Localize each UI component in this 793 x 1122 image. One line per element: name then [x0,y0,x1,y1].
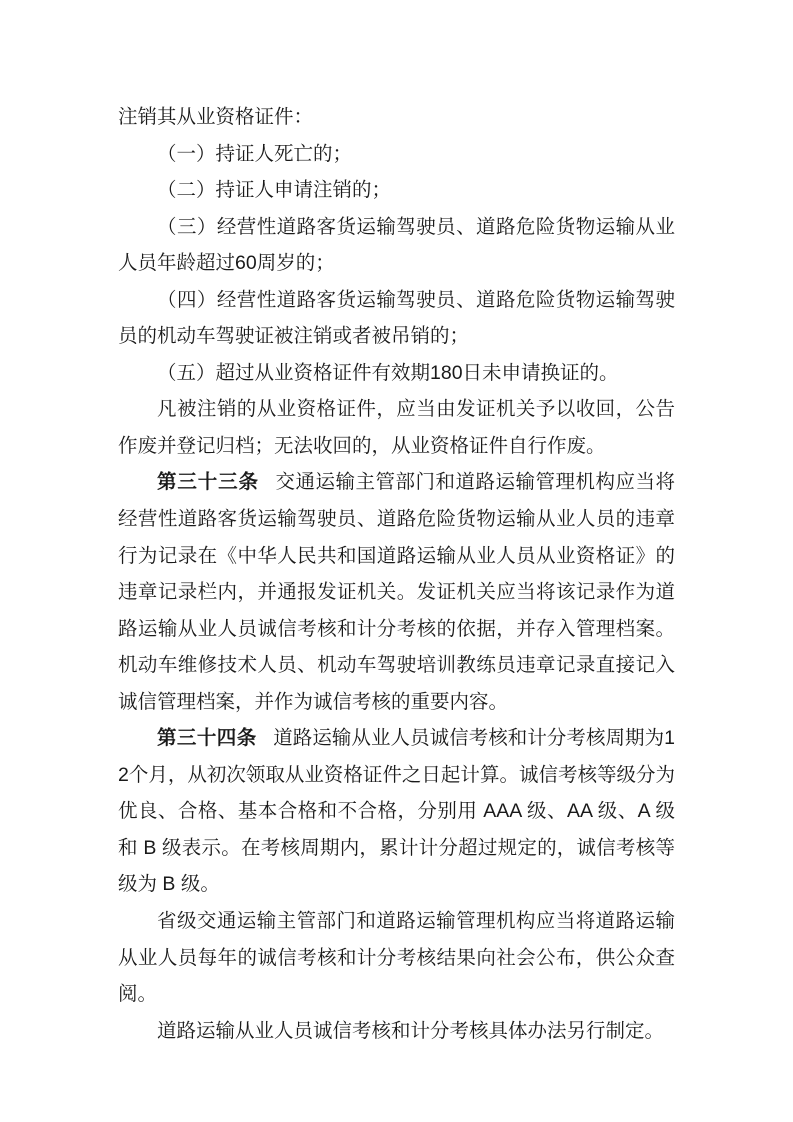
list-item-4: （四）经营性道路客货运输驾驶员、道路危险货物运输驾驶员的机动车驾驶证被注销或者被… [118,282,675,355]
paragraph-revocation: 凡被注销的从业资格证件，应当由发证机关予以收回，公告作废并登记归档；无法收回的，… [118,391,675,464]
document-body: 注销其从业资格证件：（一）持证人死亡的；（二）持证人申请注销的；（三）经营性道路… [118,99,675,1049]
paragraph-text: （二）持证人申请注销的； [157,179,391,201]
paragraph-measures: 道路运输从业人员诚信考核和计分考核具体办法另行制定。 [118,1013,675,1050]
list-item-3: （三）经营性道路客货运输驾驶员、道路危险货物运输从业人员年龄超过60周岁的； [118,209,675,282]
article-number: 第三十四条 [157,727,257,749]
paragraph-text: （五）超过从业资格证件有效期180日未申请换证的。 [157,362,619,384]
paragraph-text: 省级交通运输主管部门和道路运输管理机构应当将道路运输从业人员每年的诚信考核和计分… [118,910,675,1005]
paragraph-continuation: 注销其从业资格证件： [118,99,675,136]
paragraph-text: 道路运输从业人员诚信考核和计分考核具体办法另行制定。 [157,1020,664,1042]
document-page: 注销其从业资格证件：（一）持证人死亡的；（二）持证人申请注销的；（三）经营性道路… [0,0,793,1122]
paragraph-text: （四）经营性道路客货运输驾驶员、道路危险货物运输驾驶员的机动车驾驶证被注销或者被… [118,289,675,348]
paragraph-text: （三）经营性道路客货运输驾驶员、道路危险货物运输从业人员年龄超过60周岁的； [118,216,675,275]
paragraph-provincial-publication: 省级交通运输主管部门和道路运输管理机构应当将道路运输从业人员每年的诚信考核和计分… [118,903,675,1013]
article-34: 第三十四条道路运输从业人员诚信考核和计分考核周期为12个月，从初次领取从业资格证… [118,720,675,903]
paragraph-text: 注销其从业资格证件： [118,106,313,128]
list-item-1: （一）持证人死亡的； [118,136,675,173]
paragraph-text: （一）持证人死亡的； [157,143,352,165]
paragraph-text: 道路运输从业人员诚信考核和计分考核周期为12个月，从初次领取从业资格证件之日起计… [118,727,675,895]
article-number: 第三十三条 [157,471,259,493]
article-33: 第三十三条交通运输主管部门和道路运输管理机构应当将经营性道路客货运输驾驶员、道路… [118,464,675,720]
paragraph-text: 凡被注销的从业资格证件，应当由发证机关予以收回，公告作废并登记归档；无法收回的，… [118,398,675,457]
list-item-2: （二）持证人申请注销的； [118,172,675,209]
list-item-5: （五）超过从业资格证件有效期180日未申请换证的。 [118,355,675,392]
paragraph-text: 交通运输主管部门和道路运输管理机构应当将经营性道路客货运输驾驶员、道路危险货物运… [118,471,675,712]
